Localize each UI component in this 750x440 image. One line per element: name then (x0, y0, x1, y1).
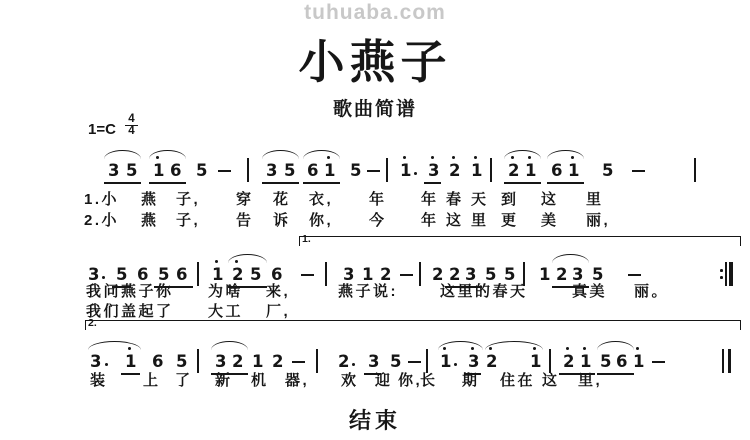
lyric-run: 春 (446, 190, 464, 209)
beam-line (303, 182, 340, 184)
lyric-run: 告 (236, 211, 254, 230)
final-barline (722, 349, 736, 373)
lyric-run: 我们盖起了 (86, 302, 174, 321)
lyric-run: 器, (285, 371, 309, 390)
note: 6 (616, 351, 627, 372)
slur (228, 254, 267, 263)
octave-dot (403, 156, 406, 159)
augmentation-dot (105, 363, 108, 366)
beam-line (504, 182, 541, 184)
note: 5 (602, 160, 613, 181)
lyric-run: 诉 (273, 211, 291, 230)
repeat-barline (720, 262, 734, 286)
octave-dot (215, 260, 218, 263)
volta-label: 1. (301, 234, 312, 245)
slur (88, 341, 141, 350)
barline (247, 158, 249, 182)
lyric-run: 花 (273, 190, 291, 209)
lyric-run: 子, (176, 190, 200, 209)
note: 1 (153, 160, 164, 181)
note: 1 (539, 264, 550, 285)
slur (104, 150, 141, 159)
octave-dot (636, 347, 639, 350)
note: 1 (324, 160, 335, 181)
note: 5 (350, 160, 361, 181)
barline (419, 262, 421, 286)
lyric-run: 厂, (266, 302, 290, 321)
note: 1 (633, 351, 644, 372)
lyric-run: 为啥 (208, 282, 243, 301)
final-bar (722, 349, 724, 373)
lyric-run: 我问燕子你 (86, 282, 174, 301)
note: 2 (272, 351, 283, 372)
note: 5 (126, 160, 137, 181)
slur (211, 341, 248, 350)
note: 2 (486, 351, 497, 372)
lyric-run: 长 (420, 371, 438, 390)
note: 1 (440, 351, 451, 372)
barline (490, 158, 492, 182)
slur (262, 150, 299, 159)
augmentation-dot (414, 172, 417, 175)
lyric-run: 今 (369, 211, 387, 230)
lyric-run: 年 (369, 190, 387, 209)
lyric-run: 丽, (586, 211, 610, 230)
slur (597, 341, 634, 350)
lyric-run: 丽。 (634, 282, 669, 301)
lyric-run: 美 (541, 211, 559, 230)
lyric-run: 大工 (208, 302, 243, 321)
lyric-run: 这 (446, 211, 464, 230)
octave-dot (566, 347, 569, 350)
octave-dot (452, 156, 455, 159)
volta-label: 2. (87, 318, 98, 329)
dash-note (652, 361, 665, 363)
note: 2 (508, 160, 519, 181)
note: 5 (284, 160, 295, 181)
repeat-thick-bar (729, 262, 733, 286)
barline (197, 262, 199, 286)
dash-note (301, 274, 314, 276)
beam-line (547, 182, 584, 184)
lyric-run: 年 (421, 211, 439, 230)
volta-bracket: 2. (85, 320, 741, 330)
lyric-run: 这 (541, 190, 559, 209)
lyric-run: 你, (398, 371, 422, 390)
lyric-run: 1.小 (84, 190, 119, 209)
dash-note (408, 361, 421, 363)
slur (485, 341, 543, 350)
note: 1 (525, 160, 536, 181)
note: 3 (108, 160, 119, 181)
lyric-run: 燕 (141, 190, 159, 209)
lyric-run: 装 (90, 371, 108, 390)
lyric-run: 穿 (236, 190, 254, 209)
note: 5 (600, 351, 611, 372)
score: 35165356151321216151.小燕子,穿花衣,年年春天到这里2.小燕… (0, 0, 750, 440)
barline (426, 349, 428, 373)
lyric-run: 新 (215, 371, 233, 390)
note: 3 (90, 351, 101, 372)
note: 5 (250, 264, 261, 285)
lyric-run: 更 (501, 211, 519, 230)
barline (316, 349, 318, 373)
octave-dot (474, 156, 477, 159)
slur (438, 341, 483, 350)
lyric-run: 住在 (500, 371, 535, 390)
dash-note (218, 170, 231, 172)
note: 3 (368, 351, 379, 372)
repeat-dot (720, 269, 723, 272)
lyric-run: 衣, (309, 190, 333, 209)
final-bar (728, 349, 732, 373)
note: 5 (196, 160, 207, 181)
barline (694, 158, 696, 182)
lyric-run: 欢 (341, 371, 359, 390)
note: 1 (125, 351, 136, 372)
barline (197, 349, 199, 373)
lyric-run: 2.小 (84, 211, 119, 230)
beam-line (597, 373, 634, 375)
barline (549, 349, 551, 373)
note: 1 (252, 351, 263, 372)
note: 3 (468, 351, 479, 372)
lyric-run: 真美 (572, 282, 607, 301)
note: 6 (152, 351, 163, 372)
slur (303, 150, 340, 159)
lyric-run: 子, (176, 211, 200, 230)
note: 1 (530, 351, 541, 372)
augmentation-dot (352, 363, 355, 366)
lyric-run: 上 (143, 371, 161, 390)
note: 6 (307, 160, 318, 181)
lyric-run: 里, (578, 371, 602, 390)
lyric-run: 你, (309, 211, 333, 230)
note: 5 (390, 351, 401, 372)
slur (552, 254, 589, 263)
lyric-run: 天 (471, 190, 489, 209)
music-line: 3516535615132121615 (0, 148, 750, 192)
note: 1 (400, 160, 411, 181)
augmentation-dot (102, 276, 105, 279)
lyric-run: 来, (266, 282, 290, 301)
note: 2 (232, 351, 243, 372)
beam-line (104, 182, 141, 184)
volta-bracket: 1. (299, 236, 741, 246)
note: 2 (338, 351, 349, 372)
beam-line (424, 182, 441, 184)
lyric-run: 燕子说: (338, 282, 398, 301)
note: 3 (428, 160, 439, 181)
beam-line (121, 373, 140, 375)
note: 6 (176, 264, 187, 285)
note: 6 (551, 160, 562, 181)
lyric-run: 机 (251, 371, 269, 390)
lyric-run: 年 (421, 190, 439, 209)
note: 1 (568, 160, 579, 181)
dash-note (367, 170, 380, 172)
repeat-thin-bar (725, 262, 727, 286)
repeat-dot (720, 276, 723, 279)
beam-line (149, 182, 186, 184)
lyric-run: 这 (542, 371, 560, 390)
beam-line (262, 182, 299, 184)
lyric-run: 这里的春天 (440, 282, 528, 301)
barline (325, 262, 327, 286)
note: 3 (266, 160, 277, 181)
dash-note (628, 274, 641, 276)
note: 1 (471, 160, 482, 181)
lyric-run: 期 (462, 371, 480, 390)
note: 2 (449, 160, 460, 181)
octave-dot (583, 347, 586, 350)
dash-note (400, 274, 413, 276)
slur (547, 150, 584, 159)
lyric-run: 里 (471, 211, 489, 230)
lyric-run: 燕 (141, 211, 159, 230)
dash-note (292, 361, 305, 363)
end-label: 结束 (0, 404, 750, 435)
slur (149, 150, 186, 159)
note: 2 (563, 351, 574, 372)
lyric-run: 了 (175, 371, 193, 390)
sheet-music-page: tuhuaba.com 小燕子 歌曲简谱 1=C 4 4 35165356151… (0, 0, 750, 440)
lyric-run: 到 (501, 190, 519, 209)
lyric-run: 里 (586, 190, 604, 209)
note: 3 (215, 351, 226, 372)
barline (386, 158, 388, 182)
note: 2 (556, 264, 567, 285)
note: 5 (176, 351, 187, 372)
octave-dot (431, 156, 434, 159)
note: 1 (580, 351, 591, 372)
augmentation-dot (454, 363, 457, 366)
dash-note (632, 170, 645, 172)
note: 6 (170, 160, 181, 181)
slur (504, 150, 541, 159)
lyric-run: 迎 (375, 371, 393, 390)
